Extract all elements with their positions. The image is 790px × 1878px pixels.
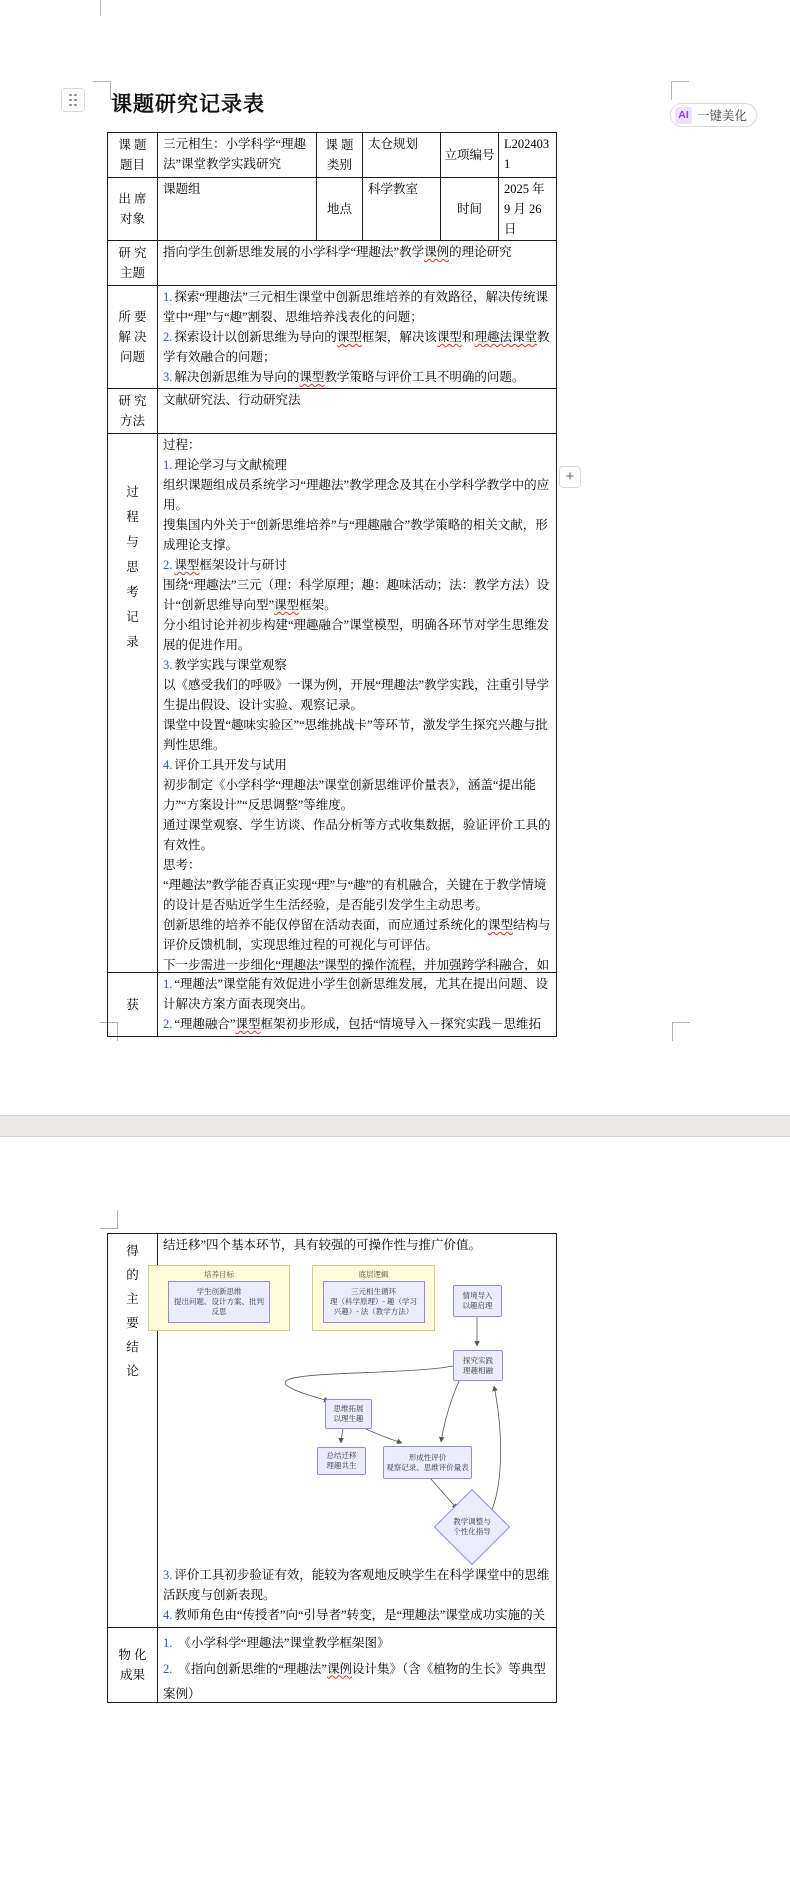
- row-label-attendees[interactable]: 出 席 对象: [108, 178, 158, 241]
- paragraph: 组织课题组成员系统学习“理趣法”教学理念及其在小学科学教学中的应用。: [163, 475, 551, 515]
- cell-category[interactable]: 太仓规划: [363, 133, 441, 178]
- cell-theme[interactable]: 指向学生创新思维发展的小学科学“理趣法”教学课例的理论研究: [158, 241, 557, 286]
- group-title: 培养目标: [149, 1269, 289, 1280]
- row-label-outcomes[interactable]: 物 化 成果: [108, 1628, 158, 1703]
- insert-plus-button[interactable]: +: [559, 466, 581, 488]
- paragraph: 搜集国内外关于“创新思维培养”与“理趣融合”教学策略的相关文献，形成理论支撑。: [163, 515, 551, 555]
- cell-problems[interactable]: 1.探索“理趣法”三元相生课堂中创新思维培养的有效路径，解决传统课堂中“理”与“…: [158, 286, 557, 389]
- table-row: 出 席 对象 课题组 地点 科学教室 时间 2025 年 9 月 26 日: [108, 178, 557, 241]
- record-table-page1: 课 题 题目 三元相生：小学科学“理趣法”课堂教学实践研究 课 题 类别 太仓规…: [107, 132, 557, 1037]
- table-row: 课 题 题目 三元相生：小学科学“理趣法”课堂教学实践研究 课 题 类别 太仓规…: [108, 133, 557, 178]
- paragraph: 3.教学实践与课堂观察: [163, 655, 551, 675]
- ai-beautify-label: 一键美化: [697, 106, 747, 124]
- row-label-process[interactable]: 过 程 与 思 考 记 录: [108, 434, 158, 973]
- paragraph: 过程：: [163, 435, 551, 455]
- cell-process[interactable]: 过程：1.理论学习与文献梳理组织课题组成员系统学习“理趣法”教学理念及其在小学科…: [158, 434, 557, 973]
- paragraph: 3.评价工具初步验证有效，能较为客观地反映学生在科学课堂中的思维活跃度与创新表现…: [163, 1565, 551, 1605]
- paragraph: 2.《指向创新思维的“理趣法”课例设计集》（含《植物的生长》等典型案例）: [163, 1657, 551, 1702]
- row-label-methods[interactable]: 研 究 方法: [108, 389, 158, 434]
- page-edge-mark: [100, 0, 101, 16]
- table-row: 物 化 成果 1.《小学科学“理趣法”课堂教学框架图》2.《指向创新思维的“理趣…: [108, 1628, 557, 1703]
- paragraph: 思考：: [163, 855, 551, 875]
- group-title: 底层逻辑: [313, 1269, 434, 1280]
- paragraph: 1.“理趣法”课堂能有效促进小学生创新思维发展，尤其在提出问题、设计解决方案方面…: [163, 974, 551, 1014]
- row-label-topic[interactable]: 课 题 题目: [108, 133, 158, 178]
- row-label-category[interactable]: 课 题 类别: [317, 133, 363, 178]
- table-row: 过 程 与 思 考 记 录 过程：1.理论学习与文献梳理组织课题组成员系统学习“…: [108, 434, 557, 973]
- cell-outcomes[interactable]: 1.《小学科学“理趣法”课堂教学框架图》2.《指向创新思维的“理趣法”课例设计集…: [158, 1628, 557, 1703]
- margin-mark-top-right: [671, 81, 689, 100]
- paragraph: 初步制定《小学科学“理趣法”课堂创新思维评价量表》，涵盖“提出能力”“方案设计”…: [163, 775, 551, 815]
- cell-time[interactable]: 2025 年 9 月 26 日: [499, 178, 557, 241]
- paragraph: 4.评价工具开发与试用: [163, 755, 551, 775]
- table-row: 研 究 主题 指向学生创新思维发展的小学科学“理趣法”教学课例的理论研究: [108, 241, 557, 286]
- paragraph: 课堂中设置“趣味实验区”“思维挑战卡”等环节，激发学生探究兴趣与批判性思维。: [163, 715, 551, 755]
- paragraph: 2.课型框架设计与研讨: [163, 555, 551, 575]
- paragraph: 4.教师角色由“传授者”向“引导者”转变，是“理趣法”课堂成功实施的关键。: [163, 1605, 551, 1626]
- group-node[interactable]: 学生创新思维 提出问题、设计方案、批判 反思: [168, 1281, 270, 1323]
- diagram-group-logic[interactable]: 底层逻辑 三元相生循环 理（科学原理）- 趣（学习 兴趣）- 法（教学方法）: [312, 1265, 435, 1331]
- paragraph: 分小组讨论并初步构建“理趣融合”课堂模型，明确各环节对学生思维发展的促进作用。: [163, 615, 551, 655]
- paragraph: 1.探索“理趣法”三元相生课堂中创新思维培养的有效路径，解决传统课堂中“理”与“…: [163, 287, 551, 327]
- paragraph: 3.解决创新思维为导向的课型教学策略与评价工具不明确的问题。: [163, 367, 551, 387]
- node-inquiry-practice[interactable]: 探究实践 理趣相融: [453, 1350, 503, 1381]
- cell-place[interactable]: 科学教室: [363, 178, 441, 241]
- document-title[interactable]: 课题研究记录表: [111, 88, 265, 118]
- row-label-project-no[interactable]: 立项编号: [441, 133, 499, 178]
- margin-mark-page2-left: [100, 1210, 118, 1229]
- cell-conclusions-part1[interactable]: 1.“理趣法”课堂能有效促进小学生创新思维发展，尤其在提出问题、设计解决方案方面…: [158, 973, 557, 1037]
- group-node[interactable]: 三元相生循环 理（科学原理）- 趣（学习 兴趣）- 法（教学方法）: [323, 1281, 425, 1323]
- paragraph: 结迁移”四个基本环节，具有较强的可操作性与推广价值。: [163, 1235, 551, 1255]
- row-label-place[interactable]: 地点: [317, 178, 363, 241]
- paragraph: 创新思维的培养不能仅停留在活动表面，而应通过系统化的课型结构与评价反馈机制，实现…: [163, 915, 551, 955]
- node-teaching-adjustment[interactable]: 教学调整与 个性化指导: [434, 1489, 510, 1565]
- cell-methods[interactable]: 文献研究法、行动研究法: [158, 389, 557, 434]
- drag-handle-icon: [69, 94, 77, 107]
- diagram-group-goal[interactable]: 培养目标 学生创新思维 提出问题、设计方案、批判 反思: [148, 1265, 290, 1331]
- row-label-conclusions-part1[interactable]: 获: [108, 973, 158, 1037]
- paragraph: 2.“理趣融合”课型框架初步形成，包括“情境导入－探究实践－思维拓展－总: [163, 1014, 551, 1034]
- row-label-problems[interactable]: 所 要 解 决 问题: [108, 286, 158, 389]
- document-canvas: 课题研究记录表 AI 一键美化 + 课 题 题目 三元相生：小学科学“理趣法”课…: [0, 0, 790, 1878]
- row-label-theme[interactable]: 研 究 主题: [108, 241, 158, 286]
- cell-project-no[interactable]: L2024031: [499, 133, 557, 178]
- paragraph: 下一步需进一步细化“理趣法”课型的操作流程，并加强跨学科融合，如与语文、美术等学…: [163, 955, 551, 971]
- cell-attendees[interactable]: 课题组: [158, 178, 317, 241]
- paragraph: “理趣法”教学能否真正实现“理”与“趣”的有机融合，关键在于教学情境的设计是否贴…: [163, 875, 551, 915]
- paragraph: 2.探索设计以创新思维为导向的课型框架，解决该课型和理趣法课堂教学有效融合的问题…: [163, 327, 551, 367]
- node-situation-intro[interactable]: 情境导入 以趣启理: [453, 1285, 502, 1317]
- paragraph: 通过课堂观察、学生访谈、作品分析等方式收集数据，验证评价工具的有效性。: [163, 815, 551, 855]
- margin-mark-top-left: [93, 81, 111, 100]
- node-summary-transfer[interactable]: 总结迁移 理趣共生: [317, 1447, 366, 1475]
- ai-icon: AI: [675, 107, 692, 124]
- node-thinking-expansion[interactable]: 思维拓展 以理生趣: [325, 1399, 372, 1429]
- paragraph: 围绕“理趣法”三元（理：科学原理；趣：趣味活动；法：教学方法）设计“创新思维导向…: [163, 575, 551, 615]
- row-label-time[interactable]: 时间: [441, 178, 499, 241]
- table-row: 所 要 解 决 问题 1.探索“理趣法”三元相生课堂中创新思维培养的有效路径，解…: [108, 286, 557, 389]
- table-row: 研 究 方法 文献研究法、行动研究法: [108, 389, 557, 434]
- drag-handle[interactable]: [61, 88, 85, 112]
- page-gap: [0, 1115, 790, 1137]
- ai-beautify-button[interactable]: AI 一键美化: [670, 103, 757, 127]
- cell-topic-title[interactable]: 三元相生：小学科学“理趣法”课堂教学实践研究: [158, 133, 317, 178]
- table-row: 获 1.“理趣法”课堂能有效促进小学生创新思维发展，尤其在提出问题、设计解决方案…: [108, 973, 557, 1037]
- margin-mark-bottom-right: [672, 1022, 690, 1041]
- paragraph: 1.《小学科学“理趣法”课堂教学框架图》: [163, 1631, 551, 1657]
- paragraph: 1.理论学习与文献梳理: [163, 455, 551, 475]
- paragraph: 以《感受我们的呼吸》一课为例，开展“理趣法”教学实践，注重引导学生提出假设、设计…: [163, 675, 551, 715]
- node-formative-assessment[interactable]: 形成性评价 观察记录、思维评价量表: [383, 1446, 472, 1479]
